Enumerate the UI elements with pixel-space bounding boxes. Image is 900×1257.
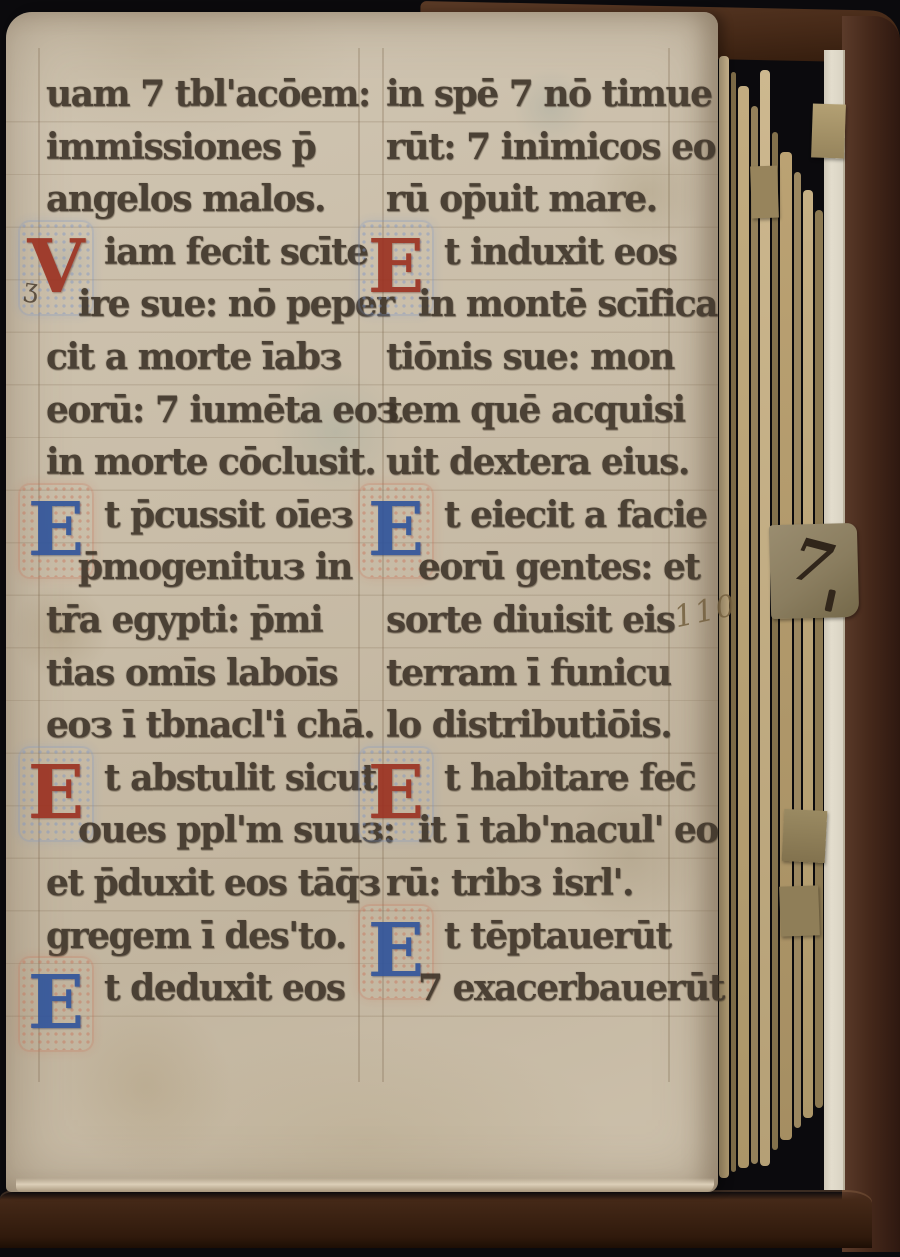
line-text: t tēptauerūt: [444, 915, 671, 957]
text-line: Et p̄cussit oīeз: [46, 489, 368, 542]
line-text: uit dextera eius.: [386, 441, 689, 483]
line-text: rūt: 7 inimicos eo: [386, 126, 715, 168]
text-column-right: in spē 7 nō timuerūt: 7 inimicos eorū op…: [386, 68, 686, 1015]
line-text: in spē 7 nō timue: [386, 73, 712, 115]
line-text: 7 exacerbauerūt: [418, 967, 724, 1009]
tab-ink-mark: 7: [777, 524, 846, 601]
line-text: t induxit eos: [444, 231, 676, 273]
page-edge-strip: [772, 132, 778, 1150]
text-line: tem quē acquisi: [386, 384, 686, 437]
line-text: eoз ī tbnacl'i chā.: [46, 704, 374, 746]
line-text: t deduxit eos: [104, 967, 345, 1009]
line-text: angelos malos.: [46, 178, 325, 220]
line-text: tiōnis sue: mon: [386, 336, 674, 378]
index-tab-large: 7: [769, 523, 859, 619]
text-line: eorū gentes: et: [386, 541, 686, 594]
text-line: it ī tab'nacul' eo: [386, 804, 686, 857]
text-line: uit dextera eius.: [386, 436, 686, 489]
line-text: cit a morte īabз: [46, 336, 341, 378]
line-text: tias omīs laboīs: [46, 652, 337, 694]
illuminated-initial: E: [20, 958, 92, 1050]
text-line: 7 exacerbauerūt: [386, 962, 686, 1015]
index-tab: [779, 885, 820, 936]
page-edge-strip: [751, 106, 758, 1164]
line-text: ire sue: nō peper: [78, 283, 394, 325]
line-text: tem quē acquisi: [386, 389, 685, 431]
line-text: rū op̄uit mare.: [386, 178, 657, 220]
text-line: gregem ī des'to.: [46, 910, 368, 963]
initial-letter: E: [20, 958, 92, 1048]
text-line: Et deduxit eos: [46, 962, 368, 1015]
line-text: oues ppl'm suuз:: [78, 809, 394, 851]
text-line: Et eiecit a facie: [386, 489, 686, 542]
line-text: et p̄duxit eos tāq̄з: [46, 862, 380, 904]
line-text: t p̄cussit oīeз: [104, 494, 352, 536]
text-line: in morte cōclusit.: [46, 436, 368, 489]
manuscript-photo: 7 uam 7 tbl'acōem:immissiones p̄angelos …: [0, 0, 900, 1257]
line-text: sorte diuisit eis: [386, 599, 674, 641]
text-line: lo distributiōis.: [386, 699, 686, 752]
text-line: cit a morte īabз: [46, 331, 368, 384]
tab-ink-dash: [824, 589, 836, 612]
line-text: tr̄a egypti: p̄mi: [46, 599, 322, 641]
text-line: rūt: 7 inimicos eo: [386, 121, 686, 174]
text-line: rū: tribз isrl'.: [386, 857, 686, 910]
page-edge-strip: [780, 152, 792, 1140]
page-edge-strip: [738, 86, 749, 1168]
line-text: t eiecit a facie: [444, 494, 707, 536]
text-line: eorū: 7 iumēta eoз: [46, 384, 368, 437]
line-text: eorū: 7 iumēta eoз: [46, 389, 398, 431]
text-line: eoз ī tbnacl'i chā.: [46, 699, 368, 752]
index-tab: [750, 166, 779, 219]
line-text: lo distributiōis.: [386, 704, 671, 746]
page-edge-strip: [760, 70, 770, 1166]
text-line: et p̄duxit eos tāq̄з: [46, 857, 368, 910]
text-line: tias omīs laboīs: [46, 647, 368, 700]
text-line: Et induxit eos: [386, 226, 686, 279]
text-line: rū op̄uit mare.: [386, 173, 686, 226]
text-line: p̄mogenituз in: [46, 541, 368, 594]
text-line: in spē 7 nō timue: [386, 68, 686, 121]
page-edge-strip: [815, 210, 823, 1108]
text-line: in montē scīfica: [386, 278, 686, 331]
line-text: in morte cōclusit.: [46, 441, 375, 483]
text-line: immissiones p̄: [46, 121, 368, 174]
line-text: gregem ī des'to.: [46, 915, 346, 957]
line-text: rū: tribз isrl'.: [386, 862, 633, 904]
line-text: it ī tab'nacul' eo: [418, 809, 718, 851]
text-line: Et habitare fec̄: [386, 752, 686, 805]
text-line: uam 7 tbl'acōem:: [46, 68, 368, 121]
line-text: eorū gentes: et: [418, 546, 700, 588]
line-text: iam fecit scīte: [104, 231, 368, 273]
flyleaf-page-edge: [824, 50, 845, 1190]
index-tab: [782, 809, 828, 863]
text-line: Et abstulit sicut: [46, 752, 368, 805]
text-line: tiōnis sue: mon: [386, 331, 686, 384]
line-text: uam 7 tbl'acōem:: [46, 73, 370, 115]
page-edge-strip: [803, 190, 813, 1118]
line-text: immissiones p̄: [46, 126, 315, 168]
text-line: ire sue: nō peper: [46, 278, 368, 331]
line-text: t habitare fec̄: [444, 757, 695, 799]
text-line: oues ppl'm suuз:: [46, 804, 368, 857]
text-line: Et tēptauerūt: [386, 910, 686, 963]
text-line: tr̄a egypti: p̄mi: [46, 594, 368, 647]
line-text: terram ī funicu: [386, 652, 671, 694]
manuscript-page: uam 7 tbl'acōem:immissiones p̄angelos ma…: [6, 12, 718, 1192]
line-text: t abstulit sicut: [104, 757, 376, 799]
text-line: Viam fecit scīte: [46, 226, 368, 279]
page-edge-strip: [794, 172, 801, 1128]
text-line: terram ī funicu: [386, 647, 686, 700]
index-tab: [811, 103, 846, 158]
line-text: in montē scīfica: [418, 283, 717, 325]
leather-cover-bottom-edge: [0, 1192, 872, 1248]
line-text: p̄mogenituз in: [78, 546, 352, 588]
text-column-left: uam 7 tbl'acōem:immissiones p̄angelos ma…: [46, 68, 368, 1015]
text-line: angelos malos.: [46, 173, 368, 226]
text-line: sorte diuisit eis: [386, 594, 686, 647]
